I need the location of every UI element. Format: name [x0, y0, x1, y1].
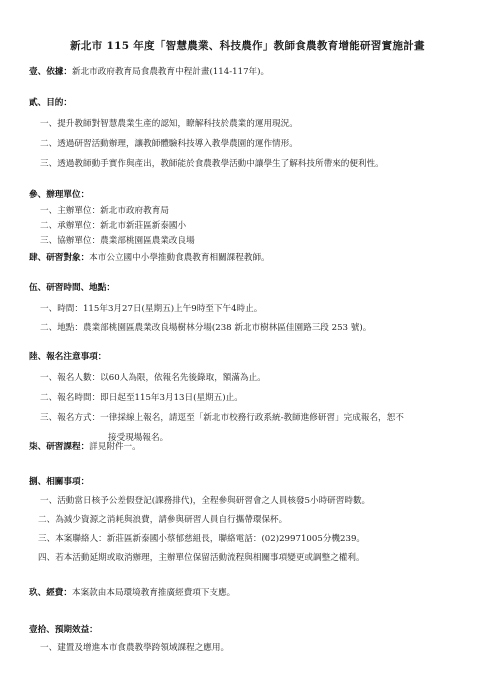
list-item: 一、活動當日核予公差假登記(課務排代)，全程參與研習會之人員核發5小時研習時數。	[40, 495, 370, 507]
list-item: 一、建置及增進本市食農教學跨領域課程之應用。	[40, 642, 229, 654]
list-item: 二、為減少資源之消耗與浪費，請參與研習人員自行攜帶環保杯。	[38, 514, 287, 526]
section-funding: 玖、經費：本案款由本局環境教育推廣經費項下支應。	[29, 587, 235, 599]
list-item: 三、協辦單位：農業部桃園區農業改良場	[40, 235, 195, 247]
section-heading: 肆、研習對象：	[29, 253, 89, 263]
list-item: 二、承辦單位：新北市新莊區新泰國小	[40, 220, 186, 232]
document-title: 新北市 115 年度「智慧農業、科技農作」教師食農教育增能研習實施計畫	[0, 38, 495, 53]
list-item: 一、提升教師對智慧農業生產的認知，瞭解科技於農業的運用現況。	[40, 118, 298, 130]
list-item: 三、報名方式：一律採線上報名，請逕至「新北市校務行政系統-教師進修研習」完成報名…	[40, 412, 404, 424]
section-basis: 壹、依據：新北市政府教育局食農教育中程計畫(114-117年)。	[29, 66, 269, 78]
section-body: 本市公立國中小學推動食農教育相關課程教師。	[89, 253, 269, 263]
list-item: 一、主辦單位：新北市政府教育局	[40, 205, 169, 217]
section-body: 本案款由本局環境教育推廣經費項下支應。	[72, 588, 235, 598]
section-heading-registration: 陸、報名注意事項：	[29, 351, 106, 363]
list-item: 二、地點：農業部桃園區農業改良場樹林分場(238 新北市樹林區佳園路三段 253…	[40, 322, 371, 334]
list-item: 四、若本活動延期或取消辦理，主辦單位保留活動流程與相關事項變更或調整之權利。	[38, 552, 365, 564]
document-page: 新北市 115 年度「智慧農業、科技農作」教師食農教育增能研習實施計畫 壹、依據…	[0, 0, 495, 700]
section-participants: 肆、研習對象：本市公立國中小學推動食農教育相關課程教師。	[29, 252, 270, 264]
list-item: 一、報名人數：以60人為限，依報名先後錄取，額滿為止。	[40, 372, 266, 384]
section-heading: 玖、經費：	[29, 588, 72, 598]
section-curriculum: 柒、研習課程：詳見附件一。	[29, 441, 141, 453]
section-heading: 柒、研習課程：	[29, 442, 89, 452]
section-body: 詳見附件一。	[89, 442, 141, 452]
list-item: 一、時間：115年3月27日(星期五)上午9時至下午4時止。	[40, 303, 262, 315]
section-heading-expected-benefits: 壹拾、預期效益：	[29, 624, 98, 636]
list-item: 二、透過研習活動辦理，讓教師體驗科技導入教學農園的運作情形。	[40, 138, 298, 150]
section-heading-organizers: 參、辦理單位：	[29, 189, 89, 201]
section-heading-related-matters: 捌、相關事項：	[29, 476, 89, 488]
list-item: 二、報名時間：即日起至115年3月13日(星期五)止。	[40, 392, 243, 404]
section-heading-time-place: 伍、研習時間、地點：	[29, 282, 115, 294]
list-item: 三、透過教師動手實作與產出，教師能於食農教學活動中讓學生了解科技所帶來的便利性。	[40, 158, 384, 170]
section-heading: 壹、依據：	[29, 67, 72, 77]
section-heading-purpose: 貳、目的：	[29, 97, 72, 109]
section-body: 新北市政府教育局食農教育中程計畫(114-117年)。	[72, 67, 269, 77]
list-item: 三、本案聯絡人：新莊區新泰國小蔡郁慈組長，聯絡電話：(02)29971005分機…	[38, 533, 365, 545]
